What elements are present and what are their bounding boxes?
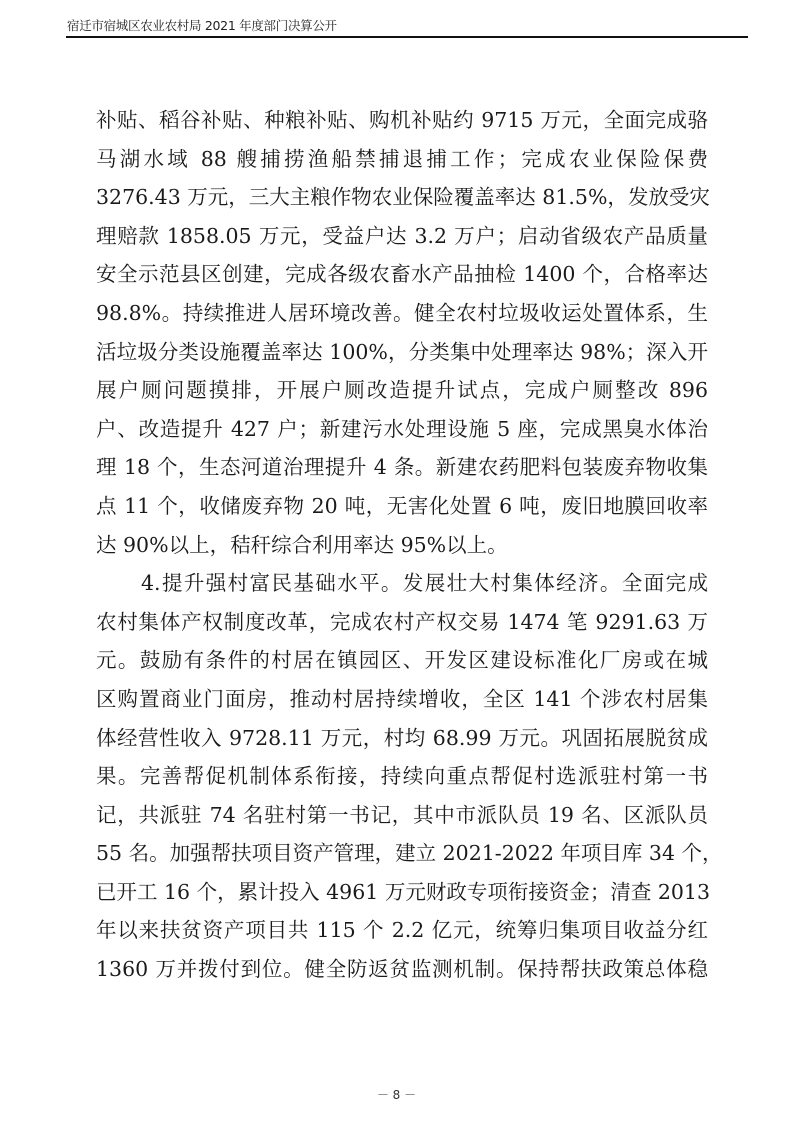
paragraph-subsidies-environment: 补贴、稻谷补贴、种粮补贴、购机补贴约 9715 万元，全面完成骆 马湖水域 88… — [96, 101, 708, 564]
text-line: 达 90%以上，秸秆综合利用率达 95%以上。 — [96, 526, 708, 565]
page-number: － 8 － — [0, 1086, 793, 1103]
text-line: 补贴、稻谷补贴、种粮补贴、购机补贴约 9715 万元，全面完成骆 — [96, 101, 708, 140]
text-line: 理赔款 1858.05 万元，受益户达 3.2 万户；启动省级农产品质量 — [96, 217, 708, 256]
text-line: 元。鼓励有条件的村居在镇园区、开发区建设标准化厂房或在城 — [96, 641, 708, 680]
text-line: 马湖水域 88 艘捕捞渔船禁捕退捕工作；完成农业保险保费 — [96, 140, 708, 179]
text-line: 区购置商业门面房，推动村居持续增收，全区 141 个涉农村居集 — [96, 680, 708, 719]
text-line: 点 11 个，收储废弃物 20 吨，无害化处置 6 吨，废旧地膜回收率 — [96, 487, 708, 526]
text-line: 55 名。加强帮扶项目资产管理，建立 2021-2022 年项目库 34 个， — [96, 834, 708, 873]
text-line: 户、改造提升 427 户；新建污水处理设施 5 座，完成黑臭水体治 — [96, 410, 708, 449]
text-line: 记，共派驻 74 名驻村第一书记，其中市派队员 19 名、区派队员 — [96, 796, 708, 835]
text-line: 3276.43 万元，三大主粮作物农业保险覆盖率达 81.5%，发放受灾 — [96, 178, 708, 217]
text-line: 1360 万并拨付到位。健全防返贫监测机制。保持帮扶政策总体稳 — [96, 950, 708, 989]
text-line: 农村集体产权制度改革，完成农村产权交易 1474 笔 9291.63 万 — [96, 603, 708, 642]
text-line: 体经营性收入 9728.11 万元，村均 68.99 万元。巩固拓展脱贫成 — [96, 719, 708, 758]
header-title: 宿迁市宿城区农业农村局 2021 年度部门决算公开 — [67, 16, 337, 34]
text-line: 98.8%。持续推进人居环境改善。健全农村垃圾收运处置体系，生 — [96, 294, 708, 333]
text-line: 果。完善帮促机制体系衔接，持续向重点帮促村选派驻村第一书 — [96, 757, 708, 796]
text-line: 安全示范县区创建，完成各级农畜水产品抽检 1400 个，合格率达 — [96, 255, 708, 294]
text-line: 展户厕问题摸排，开展户厕改造提升试点，完成户厕整改 896 — [96, 371, 708, 410]
text-line: 年以来扶贫资产项目共 115 个 2.2 亿元，统筹归集项目收益分红 — [96, 911, 708, 950]
page-header: 宿迁市宿城区农业农村局 2021 年度部门决算公开 — [66, 16, 748, 38]
document-body: 补贴、稻谷补贴、种粮补贴、购机补贴约 9715 万元，全面完成骆 马湖水域 88… — [96, 101, 708, 989]
section-heading-line: 4.提升强村富民基础水平。发展壮大村集体经济。全面完成 — [96, 564, 708, 603]
text-line: 已开工 16 个，累计投入 4961 万元财政专项衔接资金；清查 2013 — [96, 873, 708, 912]
text-line: 活垃圾分类设施覆盖率达 100%，分类集中处理率达 98%；深入开 — [96, 333, 708, 372]
text-line: 理 18 个，生态河道治理提升 4 条。新建农药肥料包装废弃物收集 — [96, 448, 708, 487]
paragraph-village-prosperity: 4.提升强村富民基础水平。发展壮大村集体经济。全面完成 农村集体产权制度改革，完… — [96, 564, 708, 989]
